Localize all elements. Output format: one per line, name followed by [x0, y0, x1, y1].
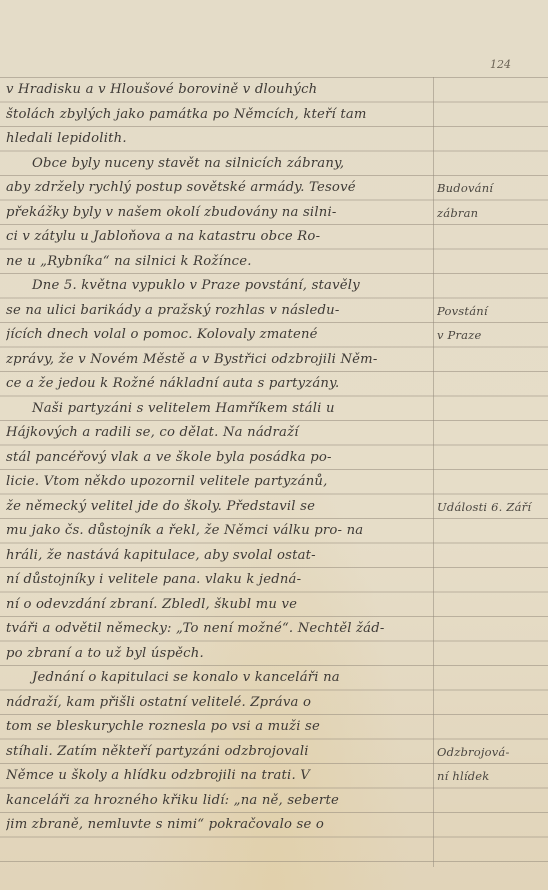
margin-note: Odzbrojová-	[437, 740, 545, 765]
margin-blank	[437, 103, 545, 128]
margin-blank	[437, 348, 545, 373]
text-line: licie. Vtom někdo upozornil velitele par…	[6, 470, 431, 495]
text-line: štolách zbylých jako památka po Němcích,…	[6, 103, 431, 128]
text-line: Hájkových a radili se, co dělat. Na nádr…	[6, 421, 431, 446]
handwritten-ledger-page: 124 v Hradisku a v Hloušové borovině v d…	[0, 0, 548, 890]
margin-blank	[437, 666, 545, 691]
page-number: 124	[490, 58, 511, 71]
margin-note: zábran	[437, 201, 545, 226]
margin-blank	[437, 250, 545, 275]
text-line: stíhali. Zatím někteří partyzáni odzbroj…	[6, 740, 431, 765]
margin-blank	[437, 78, 545, 103]
margin-rule	[433, 77, 434, 867]
margin-blank	[437, 519, 545, 544]
margin-blank	[437, 568, 545, 593]
margin-blank	[437, 225, 545, 250]
margin-blank	[437, 544, 545, 569]
margin-blank	[437, 152, 545, 177]
margin-blank	[437, 642, 545, 667]
text-line: se na ulici barikády a pražský rozhlas v…	[6, 299, 431, 324]
margin-blank	[437, 127, 545, 152]
margin-blank	[437, 446, 545, 471]
text-line: kanceláři za hrozného křiku lidí: „na ně…	[6, 789, 431, 814]
margin-note: Události 6. Září	[437, 495, 545, 520]
text-line: v Hradisku a v Hloušové borovině v dlouh…	[6, 78, 431, 103]
margin-note: Povstání	[437, 299, 545, 324]
margin-blank	[437, 691, 545, 716]
text-line: hledali lepidolith.	[6, 127, 431, 152]
text-line: ci v zátylu u Jabloňova a na katastru ob…	[6, 225, 431, 250]
text-line: hráli, že nastává kapitulace, aby svolal…	[6, 544, 431, 569]
text-line: Němce u školy a hlídku odzbrojili na tra…	[6, 764, 431, 789]
margin-blank	[437, 617, 545, 642]
text-line: Dne 5. května vypuklo v Praze povstání, …	[6, 274, 431, 299]
text-line: mu jako čs. důstojník a řekl, že Němci v…	[6, 519, 431, 544]
margin-note: v Praze	[437, 323, 545, 348]
text-line: ne u „Rybníka“ na silnici k Rožínce.	[6, 250, 431, 275]
text-line: tváři a odvětil německy: „To není možné“…	[6, 617, 431, 642]
margin-blank	[437, 397, 545, 422]
text-line: aby zdržely rychlý postup sovětské armád…	[6, 176, 431, 201]
margin-notes-column: BudovánízábranPovstánív PrazeUdálosti 6.…	[437, 78, 545, 838]
margin-blank	[437, 715, 545, 740]
margin-blank	[437, 421, 545, 446]
text-line: ce a že jedou k Rožné nákladní auta s pa…	[6, 372, 431, 397]
margin-blank	[437, 789, 545, 814]
text-line: stál pancéřový vlak a ve škole byla posá…	[6, 446, 431, 471]
text-line: nádraží, kam přišli ostatní velitelé. Zp…	[6, 691, 431, 716]
main-text-column: v Hradisku a v Hloušové borovině v dlouh…	[6, 78, 431, 838]
text-line: Naši partyzáni s velitelem Hamříkem stál…	[6, 397, 431, 422]
text-line: ní o odevzdání zbraní. Zbledl, škubl mu …	[6, 593, 431, 618]
text-line: Obce byly nuceny stavět na silnicích záb…	[6, 152, 431, 177]
margin-note: Budování	[437, 176, 545, 201]
text-line: po zbraní a to už byl úspěch.	[6, 642, 431, 667]
text-line: tom se bleskurychle rozneslа po vsi a mu…	[6, 715, 431, 740]
text-line: jim zbraně, nemluvte s nimi“ pokračovalo…	[6, 813, 431, 838]
text-line: zprávy, že v Novém Městě a v Bystřici od…	[6, 348, 431, 373]
margin-blank	[437, 813, 545, 838]
margin-blank	[437, 372, 545, 397]
text-line: že německý velitel jde do školy. Předsta…	[6, 495, 431, 520]
margin-note: ní hlídek	[437, 764, 545, 789]
text-line: ní důstojníky i velitele pana. vlaku k j…	[6, 568, 431, 593]
margin-blank	[437, 274, 545, 299]
margin-blank	[437, 593, 545, 618]
text-line: Jednání o kapitulaci se konalo v kancelá…	[6, 666, 431, 691]
text-line: jících dnech volal o pomoc. Kolovaly zma…	[6, 323, 431, 348]
text-line: překážky byly v našem okolí zbudovány na…	[6, 201, 431, 226]
margin-blank	[437, 470, 545, 495]
